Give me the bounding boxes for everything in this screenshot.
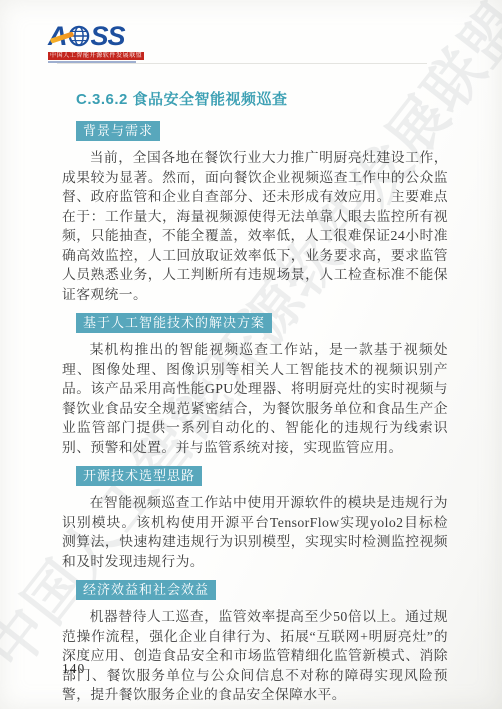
aoss-logo-wordmark: ASS (48, 22, 158, 50)
badge-background-needs: 背景与需求 (76, 121, 160, 141)
badge-ai-solution: 基于人工智能技术的解决方案 (76, 313, 272, 333)
page-header: ASS 中国人工智能开源软件发展联盟 (0, 0, 502, 70)
paragraph-ai-solution: 某机构推出的智能视频巡查工作站，是一款基于视频处理、图像处理、图像识别等相关人工… (62, 340, 448, 457)
badge-benefits: 经济效益和社会效益 (76, 580, 216, 600)
logo-red-banner: 中国人工智能开源软件发展联盟 (48, 52, 144, 60)
paragraph-benefits: 机器替待人工巡查，监管效率提高至少50倍以上。通过规范操作流程，强化企业自律行为… (62, 607, 448, 705)
paragraph-background-needs: 当前，全国各地在餐饮行业大力推广明厨亮灶建设工作，成果较为显著。然而，面向餐饮企… (62, 148, 448, 304)
section-background: 背景与需求 当前，全国各地在餐饮行业大力推广明厨亮灶建设工作，成果较为显著。然而… (62, 121, 448, 304)
logo-letters-ss: SS (91, 21, 125, 51)
header-divider-line (57, 63, 427, 64)
document-page: 中国人工智能开源软件发展联盟 ASS 中国人工智能开源软件发展联盟 C.3.6.… (0, 0, 502, 709)
section-benefits: 经济效益和社会效益 机器替待人工巡查，监管效率提高至少50倍以上。通过规范操作流… (62, 580, 448, 705)
document-content: C.3.6.2 食品安全智能视频巡查 背景与需求 当前，全国各地在餐饮行业大力推… (62, 88, 448, 709)
section-heading: C.3.6.2 食品安全智能视频巡查 (76, 88, 448, 109)
paragraph-open-source-selection: 在智能视频巡查工作站中使用开源软件的模块是违规行为识别模块。该机构使用开源平台T… (62, 493, 448, 571)
page-number: 140 (62, 661, 85, 677)
badge-open-source-selection: 开源技术选型思路 (76, 466, 202, 486)
aoss-logo: ASS 中国人工智能开源软件发展联盟 (48, 22, 158, 63)
section-open-source-selection: 开源技术选型思路 在智能视频巡查工作站中使用开源软件的模块是违规行为识别模块。该… (62, 466, 448, 571)
section-ai-solution: 基于人工智能技术的解决方案 某机构推出的智能视频巡查工作站，是一款基于视频处理、… (62, 313, 448, 457)
